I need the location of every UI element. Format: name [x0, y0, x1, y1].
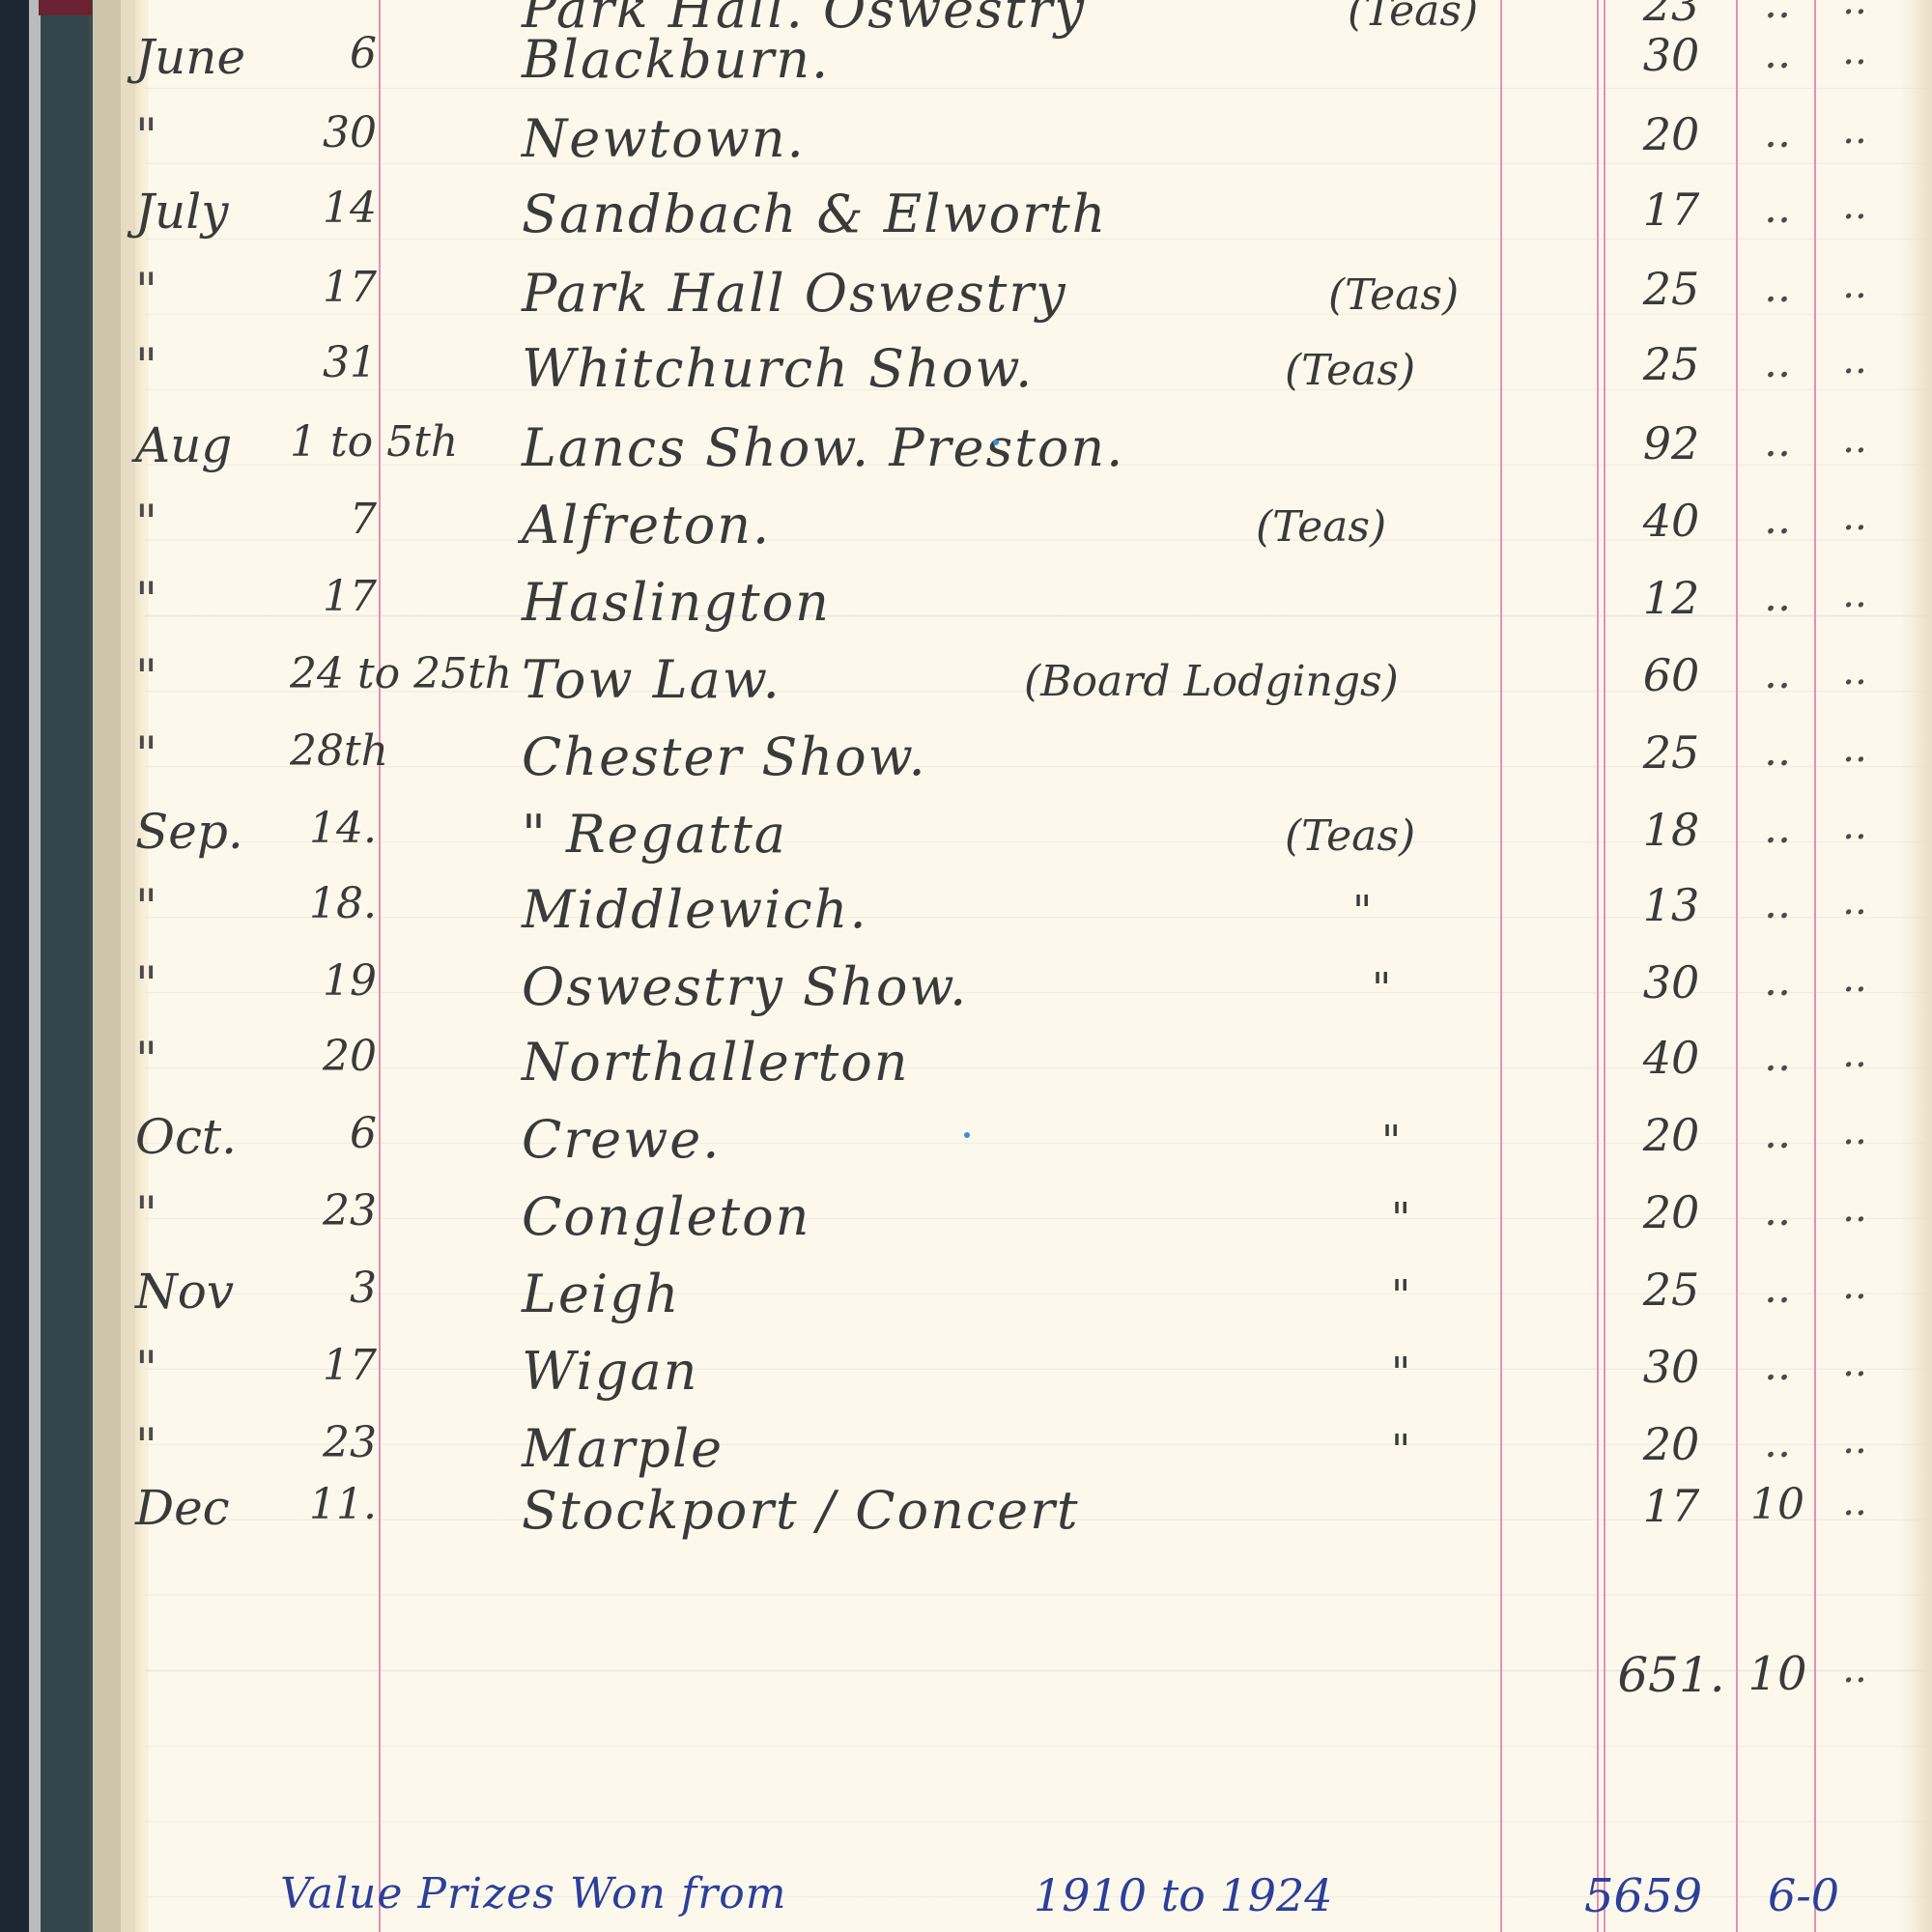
event-note: (Teas) — [1256, 502, 1386, 552]
ink-blot — [964, 1132, 970, 1138]
amount-pounds: 30 — [1608, 956, 1734, 1009]
event-name: Congleton — [522, 1186, 1488, 1247]
amount-pence: .. — [1821, 184, 1889, 228]
amount-pence: .. — [1821, 804, 1889, 848]
event-name: Oswestry Show. — [522, 956, 1488, 1017]
amount-pence: .. — [1821, 1418, 1889, 1463]
amount-shillings: .. — [1744, 1418, 1811, 1467]
table-row: Nov3Leigh"25.... — [0, 1264, 1932, 1339]
amount-pounds: 30 — [1608, 1341, 1734, 1393]
date-day: 20 — [290, 1032, 377, 1081]
table-row: "7Alfreton.(Teas)40.... — [0, 495, 1932, 570]
table-row: "17Haslington12.... — [0, 572, 1932, 647]
table-row: July14Sandbach & Elworth17.... — [0, 184, 1932, 259]
total-pounds: 651. — [1608, 1647, 1734, 1703]
amount-pounds: 40 — [1608, 1032, 1734, 1084]
table-row: Dec11.Stockport / Concert1710.. — [0, 1480, 1932, 1555]
amount-shillings: .. — [1744, 263, 1811, 312]
event-name: Newtown. — [522, 108, 1488, 169]
amount-pounds: 17 — [1608, 184, 1734, 236]
date-day: 24 to 25th — [290, 649, 377, 698]
amount-shillings: .. — [1744, 29, 1811, 78]
event-name: Northallerton — [522, 1032, 1488, 1093]
date-day: 23 — [290, 1186, 377, 1236]
amount-pence: .. — [1821, 956, 1889, 1001]
amount-pence: .. — [1821, 338, 1889, 383]
date-day: 7 — [290, 495, 377, 544]
date-day: 30 — [290, 108, 377, 157]
amount-pence: .. — [1821, 649, 1889, 694]
amount-shillings: .. — [1744, 1186, 1811, 1236]
amount-shillings: .. — [1744, 495, 1811, 544]
amount-pounds: 25 — [1608, 338, 1734, 390]
ink-blot — [993, 440, 999, 445]
date-day: 14 — [290, 184, 377, 233]
date-day: 17 — [290, 1341, 377, 1390]
event-note: " — [1381, 1117, 1401, 1166]
event-note: " — [1352, 887, 1372, 936]
amount-pence: .. — [1821, 1341, 1889, 1385]
amount-pence: .. — [1821, 29, 1889, 73]
amount-pounds: 20 — [1608, 1418, 1734, 1470]
amount-pounds: 25 — [1608, 726, 1734, 779]
event-name: Lancs Show. Preston. — [522, 417, 1488, 478]
table-row: June6Blackburn.30.... — [0, 29, 1932, 104]
date-day: 17 — [290, 263, 377, 312]
amount-shillings: .. — [1744, 879, 1811, 928]
event-name: Stockport / Concert — [522, 1480, 1488, 1541]
event-name: Marple — [522, 1418, 1488, 1479]
amount-pounds: 12 — [1608, 572, 1734, 624]
amount-pence: .. — [1821, 572, 1889, 616]
amount-pence: .. — [1821, 417, 1889, 462]
event-note: (Teas) — [1285, 811, 1415, 861]
amount-shillings: 10 — [1744, 1480, 1811, 1529]
table-row: Aug1 to 5thLancs Show. Preston.92.... — [0, 417, 1932, 493]
table-row: "17Park Hall Oswestry(Teas)25.... — [0, 263, 1932, 338]
total-shillings: 10 — [1744, 1647, 1811, 1701]
amount-pence: .. — [1821, 108, 1889, 153]
amount-pence: .. — [1821, 879, 1889, 923]
event-note: " — [1391, 1271, 1410, 1321]
event-note: (Board Lodgings) — [1024, 657, 1399, 706]
amount-pounds: 60 — [1608, 649, 1734, 701]
amount-shillings: .. — [1744, 338, 1811, 387]
event-note: (Teas) — [1285, 346, 1415, 395]
amount-pounds: 17 — [1608, 1480, 1734, 1532]
event-name: Crewe. — [522, 1109, 1488, 1170]
table-row: "18.Middlewich."13.... — [0, 879, 1932, 954]
summary-years: 1910 to 1924 — [1034, 1869, 1333, 1921]
amount-shillings: .. — [1744, 726, 1811, 776]
event-name: Middlewich. — [522, 879, 1488, 940]
amount-shillings: .. — [1744, 956, 1811, 1006]
date-day: 6 — [290, 29, 377, 78]
amount-pounds: 20 — [1608, 1186, 1734, 1238]
amount-pence: .. — [1821, 0, 1889, 23]
amount-shillings: .. — [1744, 572, 1811, 621]
table-row: "19Oswestry Show."30.... — [0, 956, 1932, 1032]
event-name: Sandbach & Elworth — [522, 184, 1488, 244]
summary-text: Value Prizes Won from — [280, 1869, 787, 1918]
amount-pounds: 13 — [1608, 879, 1734, 931]
amount-pounds: 40 — [1608, 495, 1734, 547]
amount-pounds: 23 — [1608, 0, 1734, 31]
amount-pence: .. — [1821, 1032, 1889, 1076]
amount-pounds: 30 — [1608, 29, 1734, 81]
event-name: Leigh — [522, 1264, 1488, 1324]
amount-pence: .. — [1821, 263, 1889, 307]
summary-amount: 5659 — [1584, 1869, 1702, 1923]
date-day: 6 — [290, 1109, 377, 1158]
event-note: " — [1391, 1426, 1410, 1475]
table-row: "23Congleton"20.... — [0, 1186, 1932, 1262]
table-row: "30Newtown.20.... — [0, 108, 1932, 184]
amount-pence: .. — [1821, 1264, 1889, 1308]
amount-shillings: .. — [1744, 0, 1811, 28]
summary-amount-shillings-pence: 6-0 — [1768, 1869, 1839, 1921]
amount-shillings: .. — [1744, 804, 1811, 853]
table-row: Sep.14." Regatta(Teas)18.... — [0, 804, 1932, 879]
event-note: (Teas) — [1328, 270, 1459, 320]
date-day: 31 — [290, 338, 377, 387]
amount-shillings: .. — [1744, 1341, 1811, 1390]
amount-pence: .. — [1821, 495, 1889, 539]
event-name: Haslington — [522, 572, 1488, 633]
amount-pounds: 20 — [1608, 1109, 1734, 1161]
amount-pence: .. — [1821, 1480, 1889, 1524]
table-row: "17Wigan"30.... — [0, 1341, 1932, 1416]
event-note: " — [1391, 1194, 1410, 1243]
amount-pounds: 92 — [1608, 417, 1734, 469]
amount-shillings: .. — [1744, 417, 1811, 467]
table-row: "31Whitchurch Show.(Teas)25.... — [0, 338, 1932, 413]
date-day: 19 — [290, 956, 377, 1006]
date-day: 1 to 5th — [290, 417, 377, 467]
amount-pence: .. — [1821, 726, 1889, 771]
event-note: " — [1372, 964, 1391, 1013]
date-day: 3 — [290, 1264, 377, 1313]
amount-pence: .. — [1821, 1186, 1889, 1231]
event-name: Blackburn. — [522, 29, 1488, 90]
amount-shillings: .. — [1744, 649, 1811, 698]
date-day: 23 — [290, 1418, 377, 1467]
amount-shillings: .. — [1744, 1109, 1811, 1158]
date-day: 11. — [290, 1480, 377, 1529]
amount-shillings: .. — [1744, 1032, 1811, 1081]
table-row: "20Northallerton40.... — [0, 1032, 1932, 1107]
table-row: "28thChester Show.25.... — [0, 726, 1932, 802]
amount-pounds: 18 — [1608, 804, 1734, 856]
date-day: 28th — [290, 726, 377, 776]
amount-shillings: .. — [1744, 1264, 1811, 1313]
total-pence: .. — [1821, 1647, 1889, 1691]
table-row: "24 to 25thTow Law.(Board Lodgings)60...… — [0, 649, 1932, 724]
date-day: 18. — [290, 879, 377, 928]
amount-shillings: .. — [1744, 108, 1811, 157]
total-row: 651. 10 .. — [0, 1647, 1932, 1724]
amount-pounds: 25 — [1608, 1264, 1734, 1316]
amount-pounds: 25 — [1608, 263, 1734, 315]
event-name: Wigan — [522, 1341, 1488, 1402]
event-name: Chester Show. — [522, 726, 1488, 787]
date-day: 17 — [290, 572, 377, 621]
ledger-table: Park Hall. Oswestry(Teas)23....June6Blac… — [0, 0, 1932, 1932]
amount-pounds: 20 — [1608, 108, 1734, 160]
amount-shillings: .. — [1744, 184, 1811, 233]
prize-summary-note: Value Prizes Won from 1910 to 1924 5659 … — [0, 1869, 1932, 1932]
table-row: Oct.6Crewe."20.... — [0, 1109, 1932, 1184]
amount-pence: .. — [1821, 1109, 1889, 1153]
date-day: 14. — [290, 804, 377, 853]
event-note: " — [1391, 1349, 1410, 1398]
